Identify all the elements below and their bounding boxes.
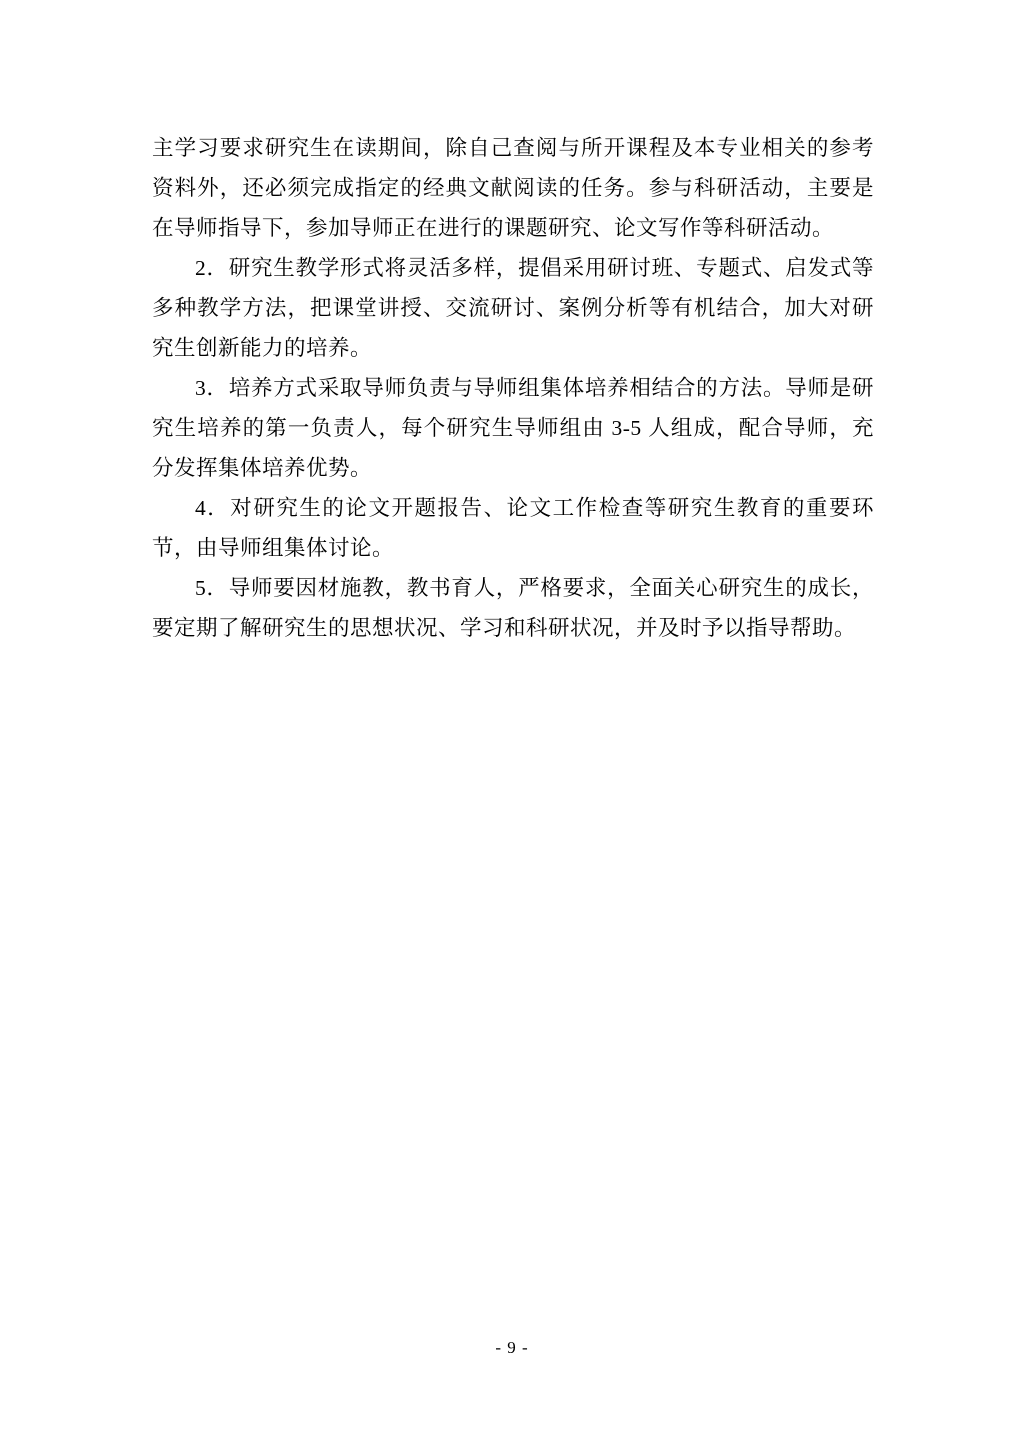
paragraph-item-5: 5．导师要因材施教，教书育人，严格要求，全面关心研究生的成长，要定期了解研究生的… <box>152 568 874 648</box>
paragraph-item-4: 4．对研究生的论文开题报告、论文工作检查等研究生教育的重要环节，由导师组集体讨论… <box>152 488 874 568</box>
page-footer: - 9 - <box>0 1336 1024 1360</box>
text-body: 主学习要求研究生在读期间，除自己查阅与所开课程及本专业相关的参考资料外，还必须完… <box>152 128 874 648</box>
paragraph-item-3: 3．培养方式采取导师负责与导师组集体培养相结合的方法。导师是研究生培养的第一负责… <box>152 368 874 488</box>
document-page: 主学习要求研究生在读期间，除自己查阅与所开课程及本专业相关的参考资料外，还必须完… <box>0 0 1024 1448</box>
page-number: - 9 - <box>495 1338 528 1357</box>
paragraph-item-2: 2．研究生教学形式将灵活多样，提倡采用研讨班、专题式、启发式等多种教学方法，把课… <box>152 248 874 368</box>
paragraph-continuation: 主学习要求研究生在读期间，除自己查阅与所开课程及本专业相关的参考资料外，还必须完… <box>152 128 874 248</box>
